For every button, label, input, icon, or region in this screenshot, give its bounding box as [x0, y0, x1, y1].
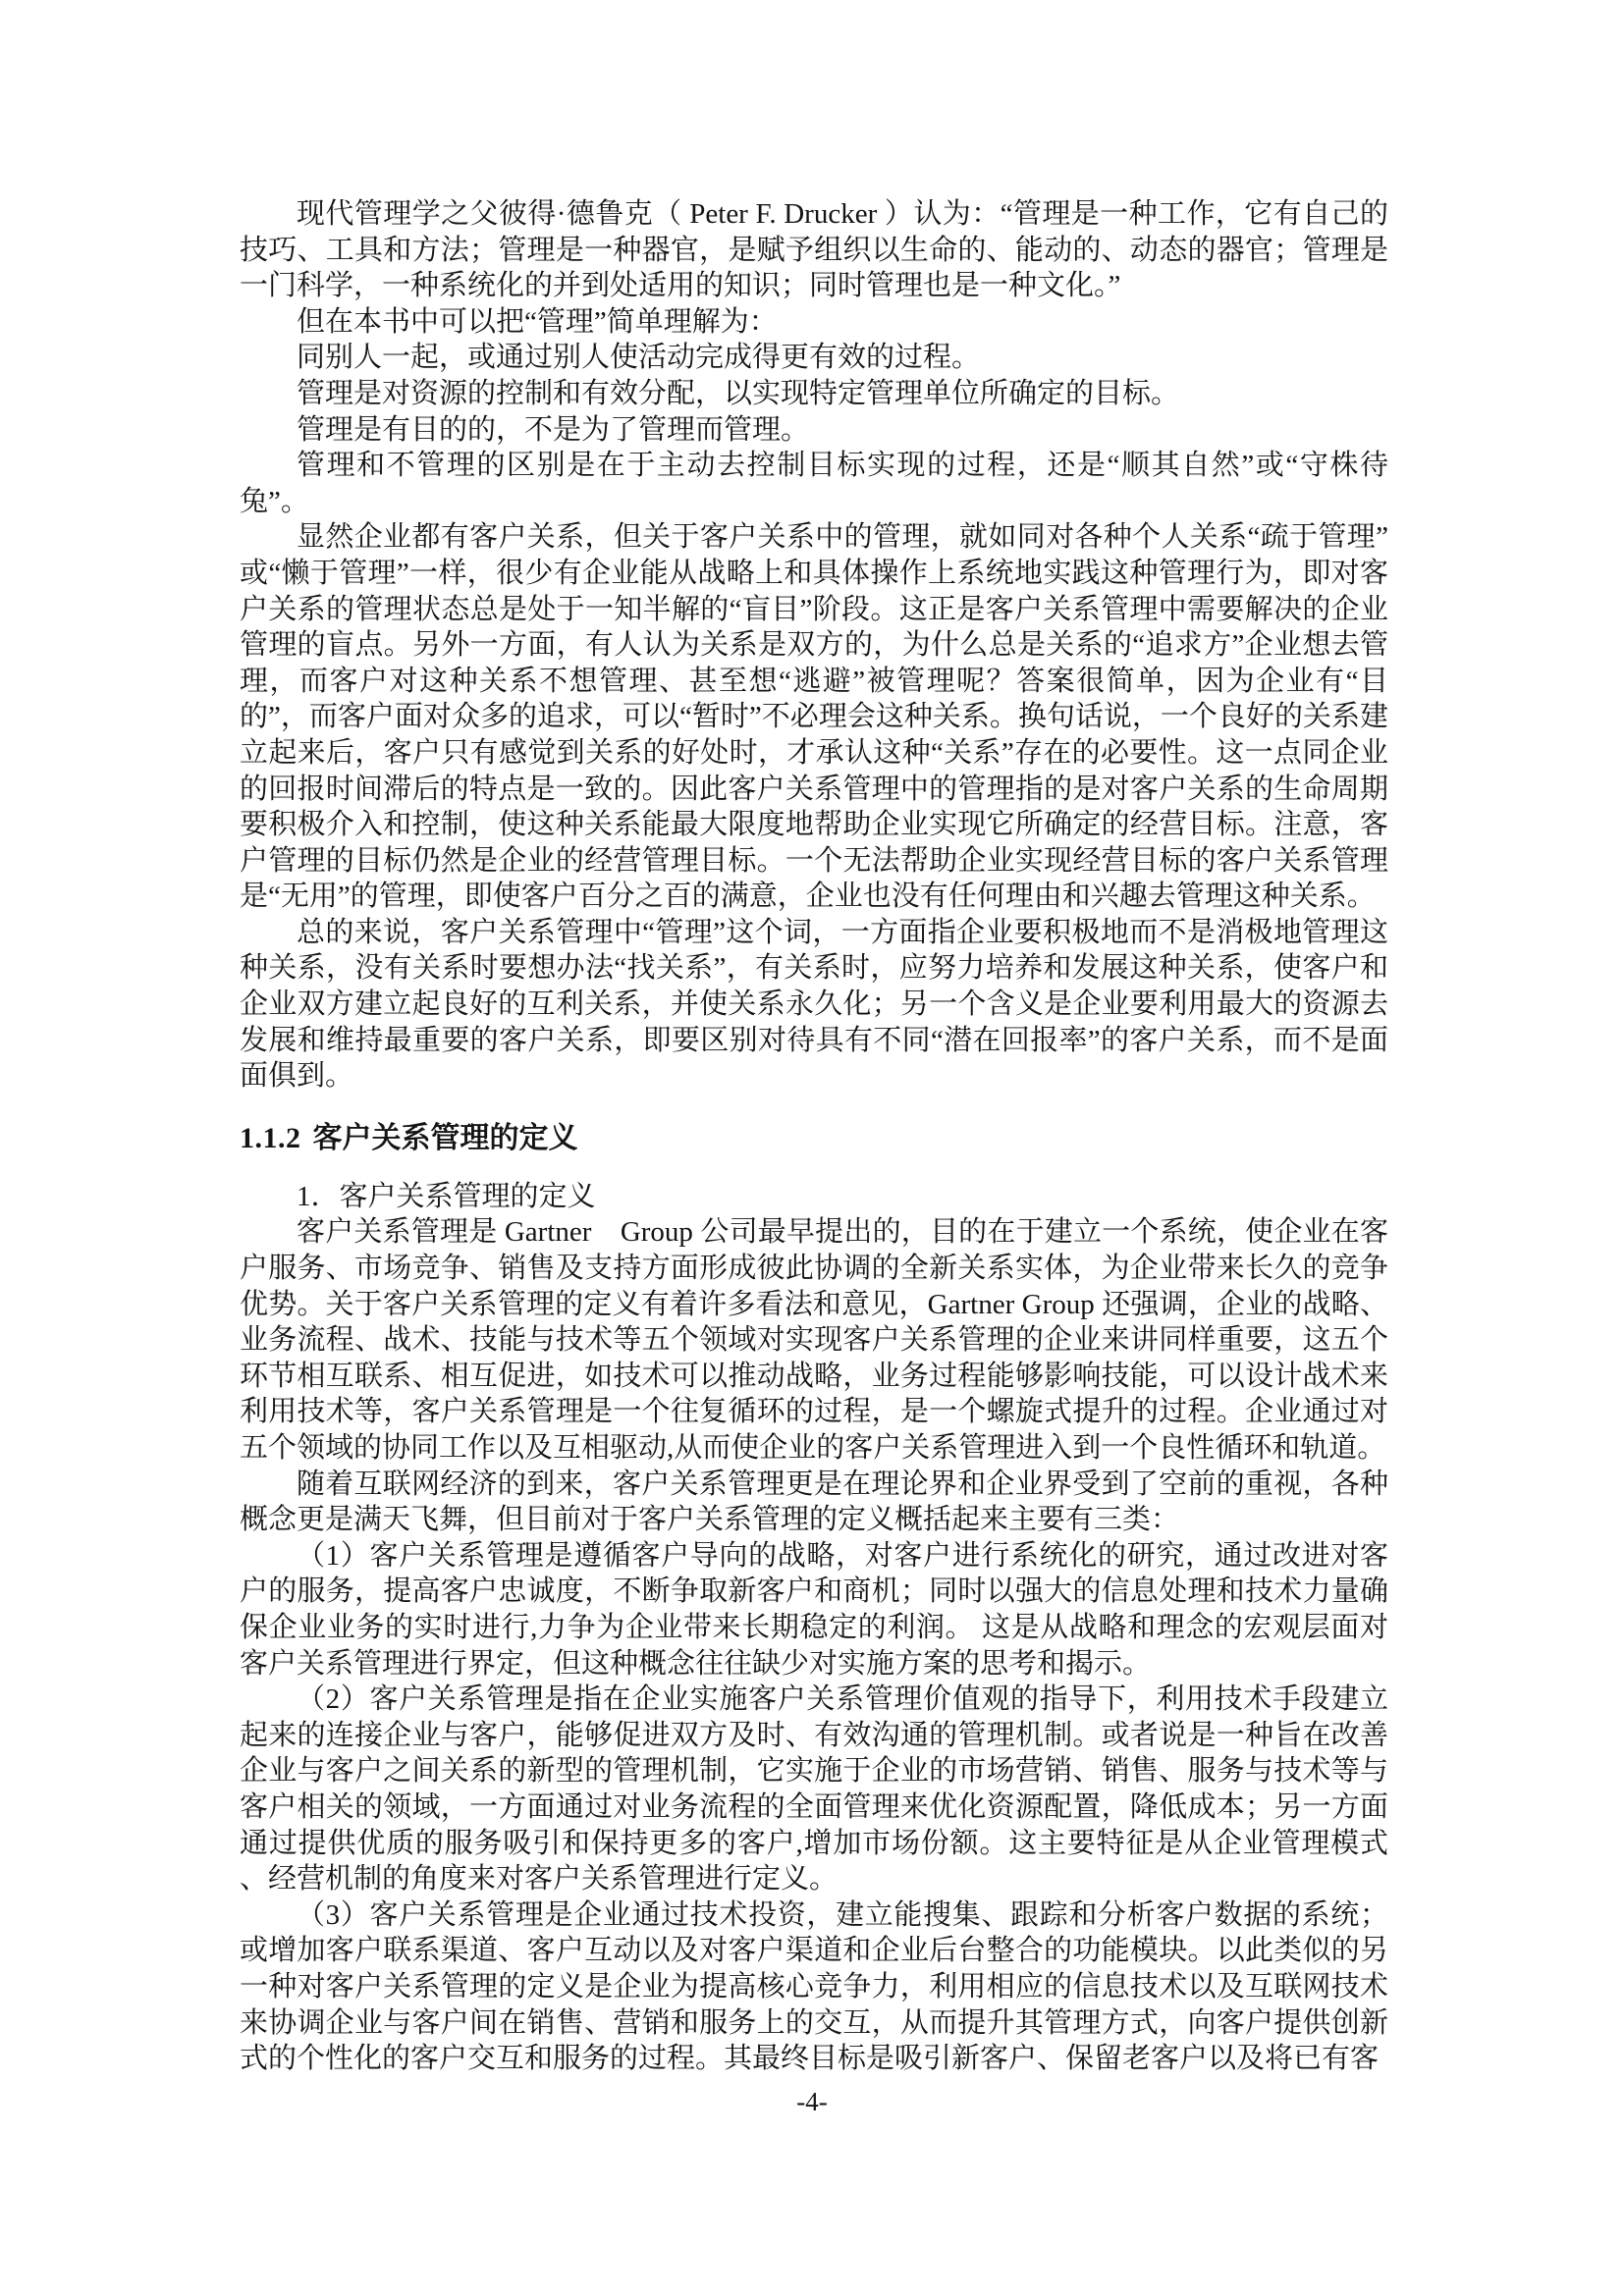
page-number: -4- [0, 2085, 1624, 2118]
paragraph: 同别人一起，或通过别人使活动完成得更有效的过程。 [240, 340, 1388, 376]
paragraph: 客户关系管理是 Gartner Group 公司最早提出的，目的在于建立一个系统… [240, 1214, 1388, 1466]
document-page: 现代管理学之父彼得·德鲁克（ Peter F. Drucker ）认为：“管理是… [0, 0, 1624, 2296]
paragraph: 管理是有目的的，不是为了管理而管理。 [240, 412, 1388, 449]
paragraph: （2）客户关系管理是指在企业实施客户关系管理价值观的指导下，利用技术手段建立起来… [240, 1682, 1388, 1897]
section-heading-number: 1.1.2 [240, 1122, 301, 1154]
definition-list-title: 1．客户关系管理的定义 [240, 1179, 1388, 1215]
paragraph: 随着互联网经济的到来，客户关系管理更是在理论界和企业界受到了空前的重视，各种概念… [240, 1467, 1388, 1538]
text-block: 现代管理学之父彼得·德鲁克（ Peter F. Drucker ）认为：“管理是… [240, 196, 1388, 2077]
paragraph: （3）客户关系管理是企业通过技术投资，建立能搜集、跟踪和分析客户数据的系统；或增… [240, 1897, 1388, 2077]
section-heading-title: 客户关系管理的定义 [313, 1122, 578, 1154]
paragraph: 管理和不管理的区别是在于主动去控制目标实现的过程，还是“顺其自然”或“守株待兔”… [240, 448, 1388, 519]
paragraph: （1）客户关系管理是遵循客户导向的战略，对客户进行系统化的研究，通过改进对客户的… [240, 1538, 1388, 1682]
paragraph: 管理是对资源的控制和有效分配，以实现特定管理单位所确定的目标。 [240, 376, 1388, 412]
paragraph: 但在本书中可以把“管理”简单理解为： [240, 304, 1388, 341]
section-heading: 1.1.2客户关系管理的定义 [240, 1120, 1388, 1157]
paragraph: 显然企业都有客户关系，但关于客户关系中的管理，就如同对各种个人关系“疏于管理”或… [240, 519, 1388, 915]
paragraph: 总的来说，客户关系管理中“管理”这个词，一方面指企业要积极地而不是消极地管理这种… [240, 915, 1388, 1095]
paragraph: 现代管理学之父彼得·德鲁克（ Peter F. Drucker ）认为：“管理是… [240, 196, 1388, 304]
